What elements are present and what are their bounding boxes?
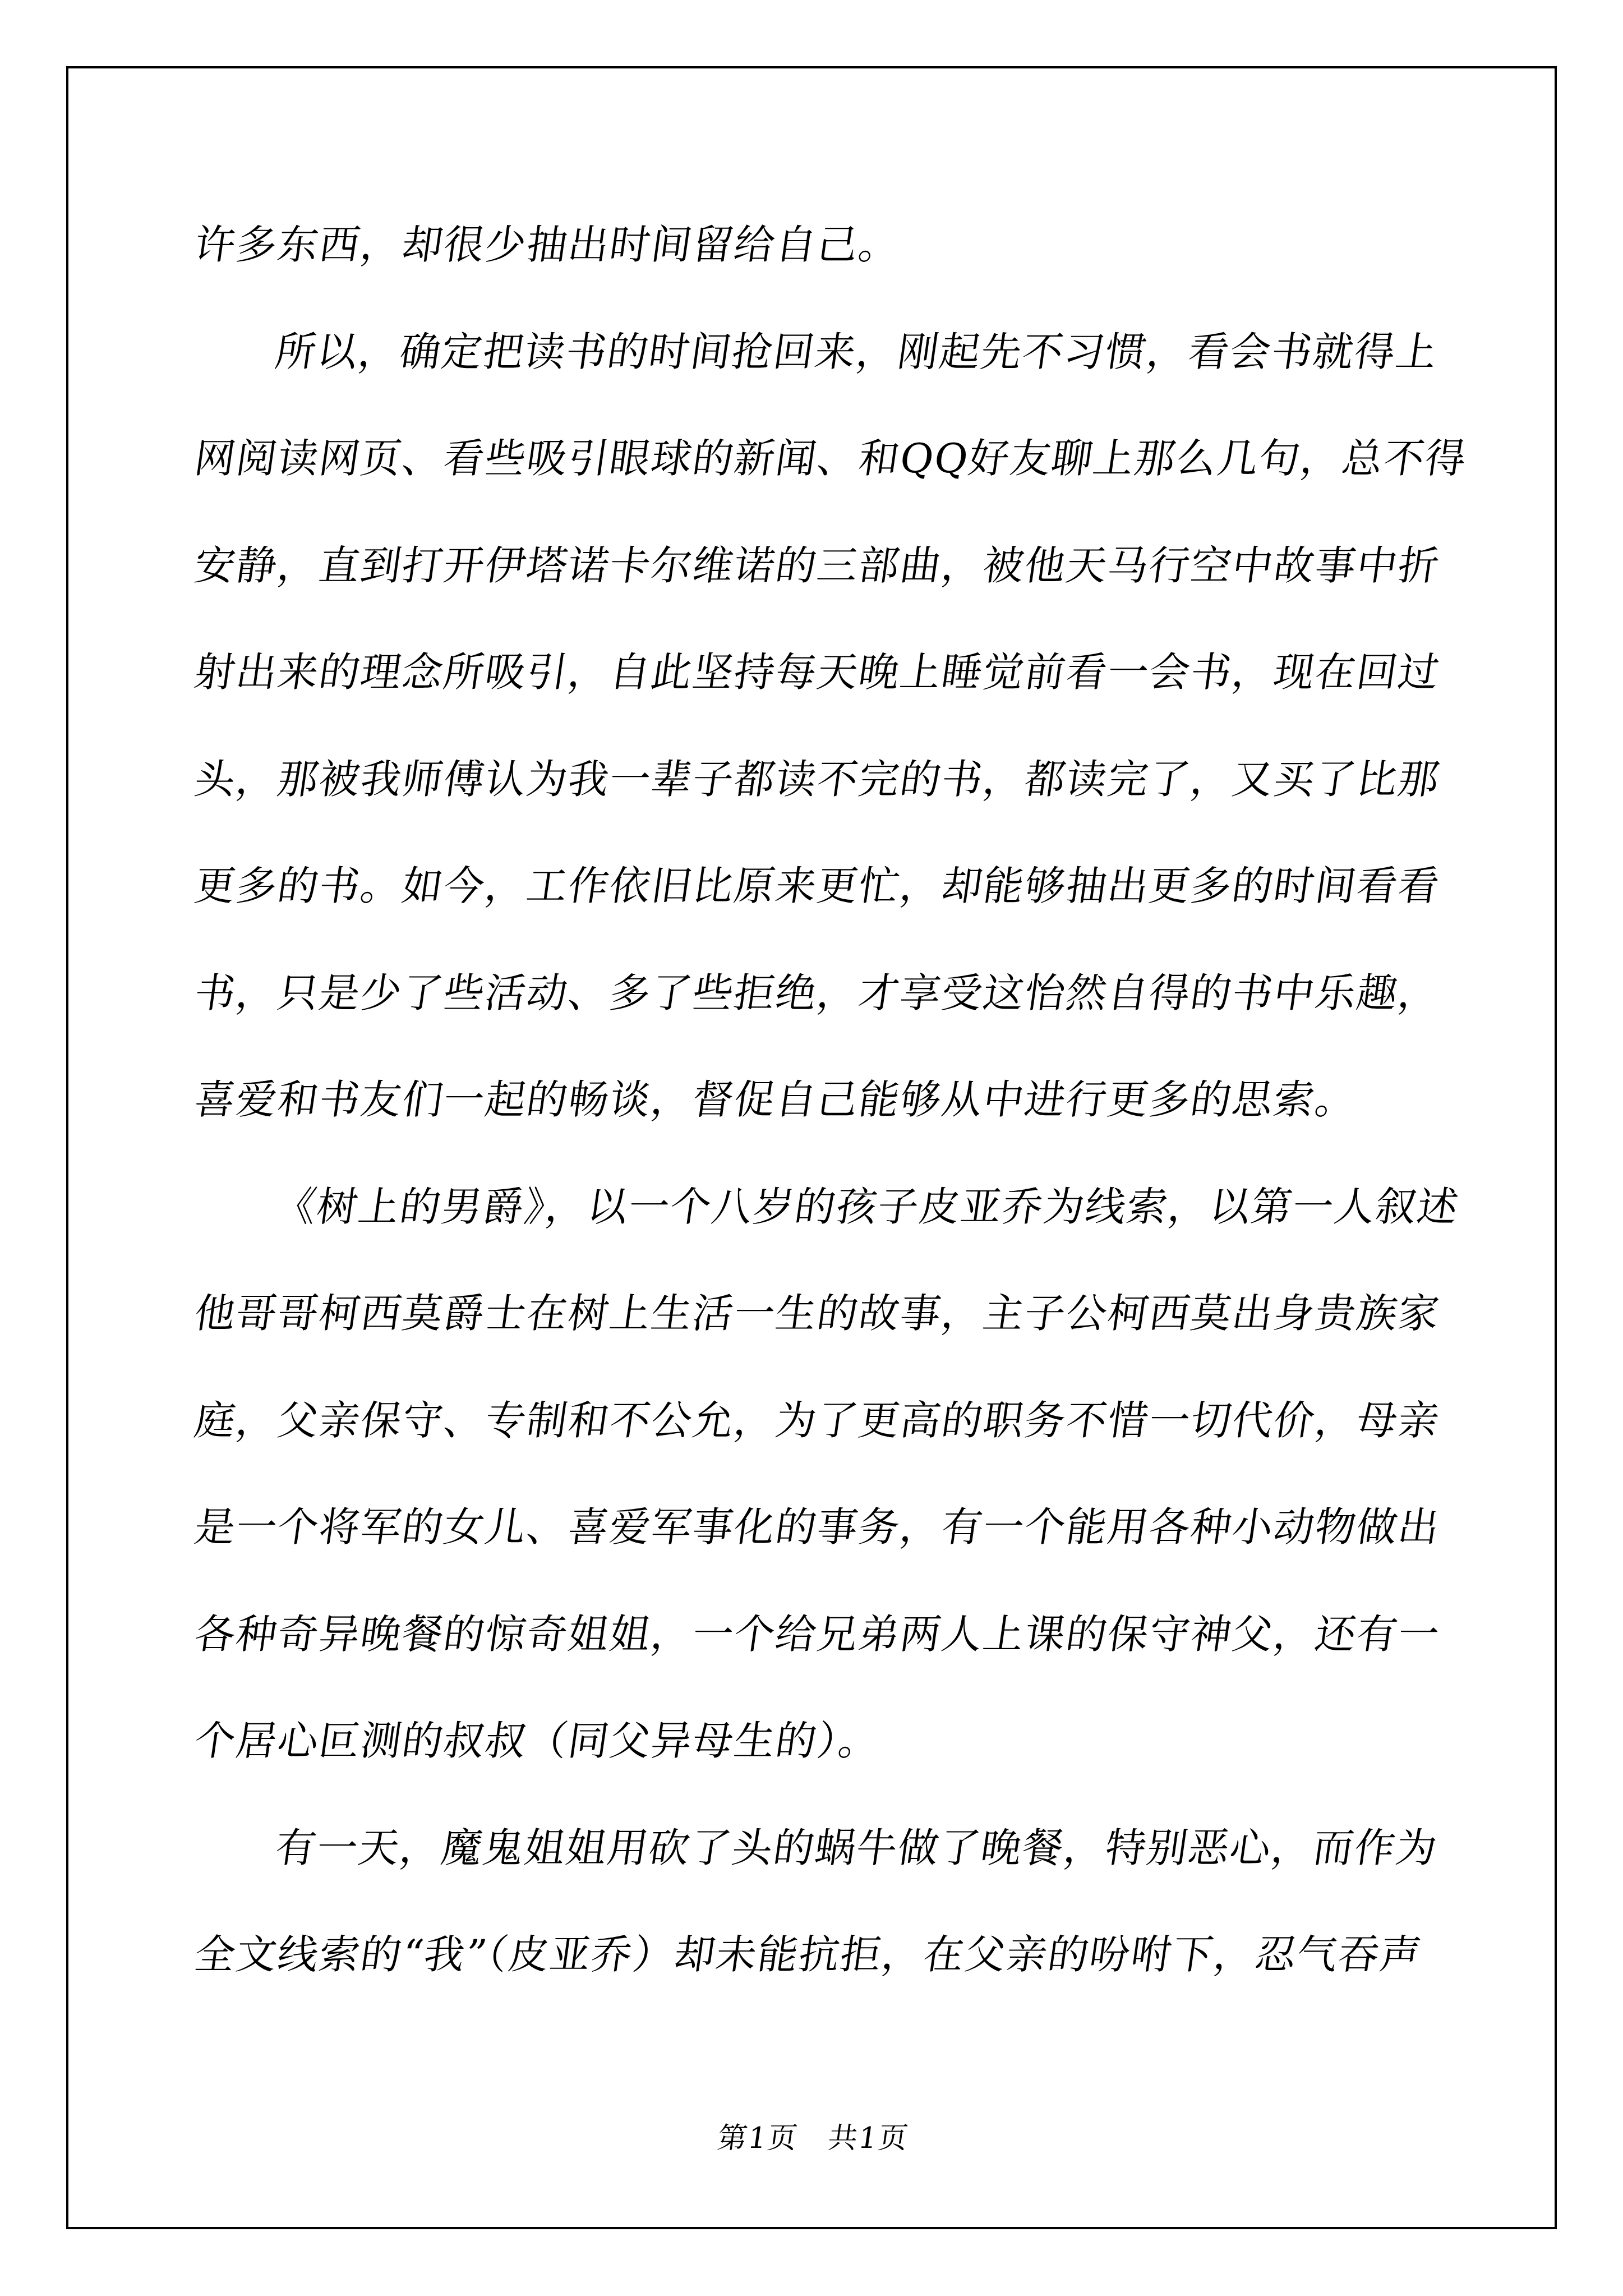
- text-line: 书，只是少了些活动、多了些拒绝，才享受这怡然自得的书中乐趣，: [187, 940, 1442, 1047]
- text-line: 更多的书。如今，工作依旧比原来更忙，却能够抽出更多的时间看看: [187, 832, 1442, 940]
- page-number-indicator: 第1页 共1页: [716, 2122, 911, 2155]
- text-line: 他哥哥柯西莫爵士在树上生活一生的故事，主子公柯西莫出身贵族家: [187, 1260, 1442, 1367]
- text-line: 个居心叵测的叔叔（同父异母生的）。: [187, 1687, 1442, 1795]
- text-line: 喜爱和书友们一起的畅谈，督促自己能够从中进行更多的思索。: [187, 1046, 1442, 1153]
- page-footer: 第1页 共1页: [66, 2122, 1561, 2155]
- paragraph: 《树上的男爵》，以一个八岁的孩子皮亚乔为线索，以第一人叙述 他哥哥柯西莫爵士在树…: [190, 1153, 1429, 1795]
- text-line: 许多东西，却很少抽出时间留给自己。: [187, 191, 1442, 298]
- text-line: 各种奇异晚餐的惊奇姐姐，一个给兄弟两人上课的保守神父，还有一: [187, 1581, 1442, 1688]
- text-line: 安静，直到打开伊塔诺卡尔维诺的三部曲，被他天马行空中故事中折: [187, 512, 1442, 619]
- document-body: 许多东西，却很少抽出时间留给自己。 所以，确定把读书的时间抢回来，刚起先不习惯，…: [190, 191, 1429, 2008]
- text-line: 是一个将军的女儿、喜爱军事化的事务，有一个能用各种小动物做出: [187, 1474, 1442, 1581]
- text-line: 有一天，魔鬼姐姐用砍了头的蜗牛做了晚餐，特别恶心，而作为: [187, 1795, 1442, 1902]
- text-line: 所以，确定把读书的时间抢回来，刚起先不习惯，看会书就得上: [187, 298, 1442, 406]
- paragraph: 所以，确定把读书的时间抢回来，刚起先不习惯，看会书就得上 网阅读网页、看些吸引眼…: [190, 298, 1429, 1153]
- paragraph: 许多东西，却很少抽出时间留给自己。: [190, 191, 1429, 298]
- text-line: 射出来的理念所吸引，自此坚持每天晚上睡觉前看一会书，现在回过: [187, 619, 1442, 726]
- paragraph: 有一天，魔鬼姐姐用砍了头的蜗牛做了晚餐，特别恶心，而作为 全文线索的“我”（皮亚…: [190, 1795, 1429, 2008]
- text-line: 《树上的男爵》，以一个八岁的孩子皮亚乔为线索，以第一人叙述: [187, 1153, 1442, 1260]
- text-line: 庭，父亲保守、专制和不公允，为了更高的职务不惜一切代价，母亲: [187, 1367, 1442, 1474]
- text-line: 全文线索的“我”（皮亚乔）却未能抗拒，在父亲的吩咐下，忍气吞声: [187, 1901, 1442, 2008]
- text-line: 网阅读网页、看些吸引眼球的新闻、和QQ好友聊上那么几句，总不得: [187, 405, 1442, 512]
- text-line: 头，那被我师傅认为我一辈子都读不完的书，都读完了，又买了比那: [187, 726, 1442, 833]
